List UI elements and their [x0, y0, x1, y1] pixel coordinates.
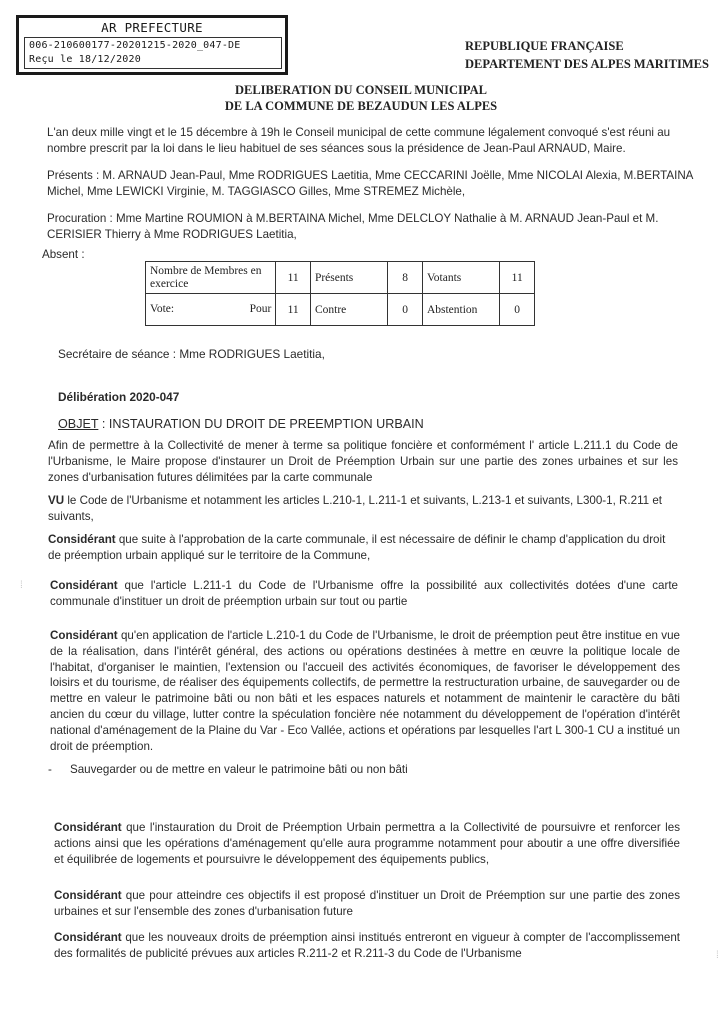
bullet-text: Sauvegarder ou de mettre en valeur le pa… — [70, 763, 408, 776]
absent-label: Absent : — [42, 248, 85, 261]
considerant-1-lead: Considérant — [48, 533, 116, 546]
considerant-4-text: que l'instauration du Droit de Préemptio… — [54, 821, 680, 866]
pour-label: Pour — [250, 303, 272, 316]
bullet-dash: - — [48, 763, 70, 776]
document-title: DELIBERATION DU CONSEIL MUNICIPAL DE LA … — [0, 82, 722, 114]
prefecture-stamp: AR PREFECTURE 006-210600177-20201215-202… — [16, 15, 288, 75]
stamp-details: 006-210600177-20201215-2020_047-DE Reçu … — [24, 37, 282, 69]
considerant-2-lead: Considérant — [50, 579, 118, 592]
considerant-5-text: que pour atteindre ces objectifs il est … — [54, 889, 680, 918]
table-row: Nombre de Membres en exercice 11 Présent… — [146, 262, 535, 294]
considerant-6-text: que les nouveaux droits de préemption ai… — [54, 931, 680, 960]
considerant-2: Considérant que l'article L.211-1 du Cod… — [50, 578, 678, 610]
bullet-item: -Sauvegarder ou de mettre en valeur le p… — [48, 763, 408, 776]
deliberation-number: Délibération 2020-047 — [58, 390, 179, 404]
considerant-1-text: que suite à l'approbation de la carte co… — [48, 533, 665, 562]
table-row: Vote: Pour 11 Contre 0 Abstention 0 — [146, 294, 535, 326]
procuration-paragraph: Procuration : Mme Martine ROUMION à M.BE… — [47, 211, 677, 243]
presents-value: 8 — [388, 262, 423, 294]
vote-cell: Vote: Pour — [146, 294, 276, 326]
considerant-5: Considérant que pour atteindre ces objec… — [54, 888, 680, 920]
members-label: Nombre de Membres en exercice — [146, 262, 276, 294]
abstention-value: 0 — [500, 294, 535, 326]
considerant-6: Considérant que les nouveaux droits de p… — [54, 930, 680, 962]
pour-value: 11 — [276, 294, 311, 326]
presents-paragraph: Présents : M. ARNAUD Jean-Paul, Mme RODR… — [47, 168, 703, 200]
scan-mark: ⁞ — [716, 950, 719, 961]
considerant-6-lead: Considérant — [54, 931, 122, 944]
votes-table: Nombre de Membres en exercice 11 Présent… — [145, 261, 535, 326]
scan-mark: ⁞ — [20, 580, 23, 591]
stamp-received-date: Reçu le 18/12/2020 — [29, 53, 277, 67]
afin-paragraph: Afin de permettre à la Collectivité de m… — [48, 438, 678, 485]
considerant-3-text: qu'en application de l'article L.210-1 d… — [50, 629, 680, 753]
considerant-4-lead: Considérant — [54, 821, 122, 834]
department-label: DEPARTEMENT DES ALPES MARITIMES — [465, 55, 709, 73]
presents-label: Présents — [310, 262, 387, 294]
considerant-3: Considérant qu'en application de l'artic… — [50, 628, 680, 754]
votants-label: Votants — [422, 262, 499, 294]
considerant-1: Considérant que suite à l'approbation de… — [48, 532, 670, 564]
considerant-5-lead: Considérant — [54, 889, 122, 902]
title-line-2: DE LA COMMUNE DE BEZAUDUN LES ALPES — [0, 98, 722, 114]
secretaire-line: Secrétaire de séance : Mme RODRIGUES Lae… — [58, 347, 325, 361]
vu-lead: VU — [48, 494, 64, 507]
vu-paragraph: VU le Code de l'Urbanisme et notamment l… — [48, 493, 678, 525]
intro-paragraph: L'an deux mille vingt et le 15 décembre … — [47, 125, 687, 157]
header-right: REPUBLIQUE FRANÇAISE DEPARTEMENT DES ALP… — [465, 37, 709, 73]
vu-text: le Code de l'Urbanisme et notamment les … — [48, 494, 662, 523]
objet-text: : INSTAURATION DU DROIT DE PREEMPTION UR… — [98, 417, 423, 431]
contre-value: 0 — [388, 294, 423, 326]
contre-label: Contre — [310, 294, 387, 326]
considerant-4: Considérant que l'instauration du Droit … — [54, 820, 680, 867]
vote-label: Vote: — [150, 303, 174, 316]
objet-heading: OBJET : INSTAURATION DU DROIT DE PREEMPT… — [58, 417, 424, 431]
votants-value: 11 — [500, 262, 535, 294]
considerant-3-lead: Considérant — [50, 629, 118, 642]
title-line-1: DELIBERATION DU CONSEIL MUNICIPAL — [0, 82, 722, 98]
abstention-label: Abstention — [422, 294, 499, 326]
considerant-2-text: que l'article L.211-1 du Code de l'Urban… — [50, 579, 678, 608]
stamp-title: AR PREFECTURE — [19, 20, 285, 36]
objet-label: OBJET — [58, 417, 98, 431]
stamp-reference: 006-210600177-20201215-2020_047-DE — [29, 39, 277, 53]
republic-label: REPUBLIQUE FRANÇAISE — [465, 37, 709, 55]
members-value: 11 — [276, 262, 311, 294]
